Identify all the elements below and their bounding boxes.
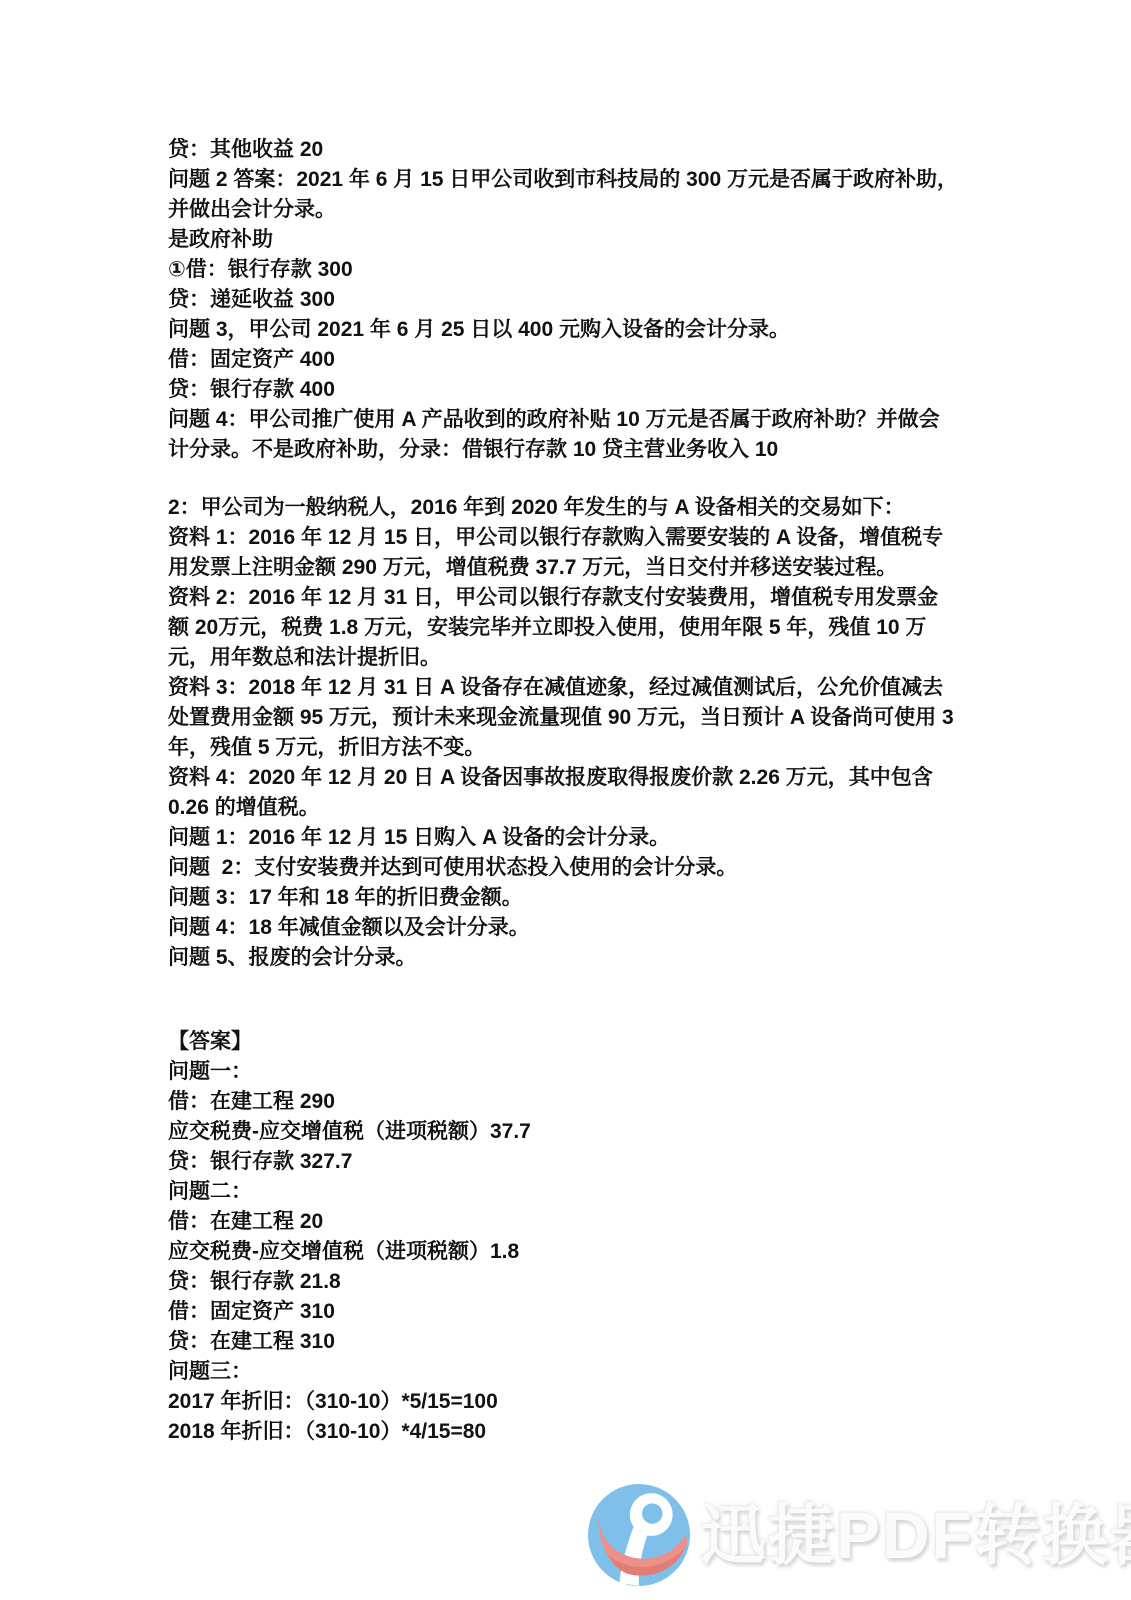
- text-line: 贷：在建工程 310: [168, 1327, 970, 1357]
- text-line: 用发票上注明金额 290 万元，增值税费 37.7 万元，当日交付并移送安装过程…: [168, 553, 970, 583]
- text-line: 问题 4：18 年减值金额以及会计分录。: [168, 913, 970, 943]
- xunjie-pdf-converter-logo-icon: [588, 1484, 690, 1586]
- text-line: 2017 年折旧：（310-10）*5/15=100: [168, 1387, 970, 1417]
- text-line: 资料 3：2018 年 12 月 31 日 A 设备存在减值迹象，经过减值测试后…: [168, 673, 970, 703]
- section-question-2-statement: 2：甲公司为一般纳税人，2016 年到 2020 年发生的与 A 设备相关的交易…: [168, 493, 970, 973]
- text-line: 借：固定资产 310: [168, 1297, 970, 1327]
- text-line: 问题 2：支付安装费并达到可使用状态投入使用的会计分录。: [168, 853, 970, 883]
- text-line: 问题 2 答案：2021 年 6 月 15 日甲公司收到市科技局的 300 万元…: [168, 165, 970, 195]
- text-line: 处置费用金额 95 万元，预计未来现金流量现值 90 万元，当日预计 A 设备尚…: [168, 703, 970, 733]
- text-line: 问题 1：2016 年 12 月 15 日购入 A 设备的会计分录。: [168, 823, 970, 853]
- text-line: 问题 5、报废的会计分录。: [168, 943, 970, 973]
- text-line: 资料 2：2016 年 12 月 31 日，甲公司以银行存款支付安装费用，增值税…: [168, 583, 970, 613]
- text-line: 资料 1：2016 年 12 月 15 日，甲公司以银行存款购入需要安装的 A …: [168, 523, 970, 553]
- section-question-1-answers: 贷：其他收益 20问题 2 答案：2021 年 6 月 15 日甲公司收到市科技…: [168, 135, 970, 465]
- text-line: 问题一：: [168, 1057, 970, 1087]
- text-line: 【答案】: [168, 1027, 970, 1057]
- section-question-2-answer-key: 【答案】问题一：借：在建工程 290应交税费-应交增值税（进项税额）37.7贷：…: [168, 1027, 970, 1447]
- text-line: 借：固定资产 400: [168, 345, 970, 375]
- text-line: 2018 年折旧：（310-10）*4/15=80: [168, 1417, 970, 1447]
- watermark: 迅捷PDF转换器: [588, 1484, 1131, 1586]
- text-line: 问题 3，甲公司 2021 年 6 月 25 日以 400 元购入设备的会计分录…: [168, 315, 970, 345]
- text-line: 应交税费-应交增值税（进项税额）1.8: [168, 1237, 970, 1267]
- document-body: 贷：其他收益 20问题 2 答案：2021 年 6 月 15 日甲公司收到市科技…: [168, 135, 970, 1447]
- text-line: 0.26 的增值税。: [168, 793, 970, 823]
- text-line: 问题三：: [168, 1357, 970, 1387]
- text-line: 问题 4：甲公司推广使用 A 产品收到的政府补贴 10 万元是否属于政府补助？并…: [168, 405, 970, 435]
- text-line: 计分录。不是政府补助，分录：借银行存款 10 贷主营业务收入 10: [168, 435, 970, 465]
- text-line: 是政府补助: [168, 225, 970, 255]
- text-line: ①借：银行存款 300: [168, 255, 970, 285]
- text-line: 借：在建工程 290: [168, 1087, 970, 1117]
- text-line: 年，残值 5 万元，折旧方法不变。: [168, 733, 970, 763]
- text-line: 贷：银行存款 21.8: [168, 1267, 970, 1297]
- text-line: 贷：其他收益 20: [168, 135, 970, 165]
- text-line: 元，用年数总和法计提折旧。: [168, 643, 970, 673]
- text-line: 并做出会计分录。: [168, 195, 970, 225]
- text-line: 问题 3：17 年和 18 年的折旧费金额。: [168, 883, 970, 913]
- text-line: 应交税费-应交增值税（进项税额）37.7: [168, 1117, 970, 1147]
- text-line: 2：甲公司为一般纳税人，2016 年到 2020 年发生的与 A 设备相关的交易…: [168, 493, 970, 523]
- text-line: 贷：银行存款 400: [168, 375, 970, 405]
- text-line: 额 20万元，税费 1.8 万元，安装完毕并立即投入使用，使用年限 5 年，残值…: [168, 613, 970, 643]
- text-line: 贷：递延收益 300: [168, 285, 970, 315]
- watermark-text: 迅捷PDF转换器: [700, 1484, 1131, 1586]
- text-line: 资料 4：2020 年 12 月 20 日 A 设备因事故报废取得报废价款 2.…: [168, 763, 970, 793]
- text-line: 借：在建工程 20: [168, 1207, 970, 1237]
- text-line: 问题二：: [168, 1177, 970, 1207]
- text-line: 贷：银行存款 327.7: [168, 1147, 970, 1177]
